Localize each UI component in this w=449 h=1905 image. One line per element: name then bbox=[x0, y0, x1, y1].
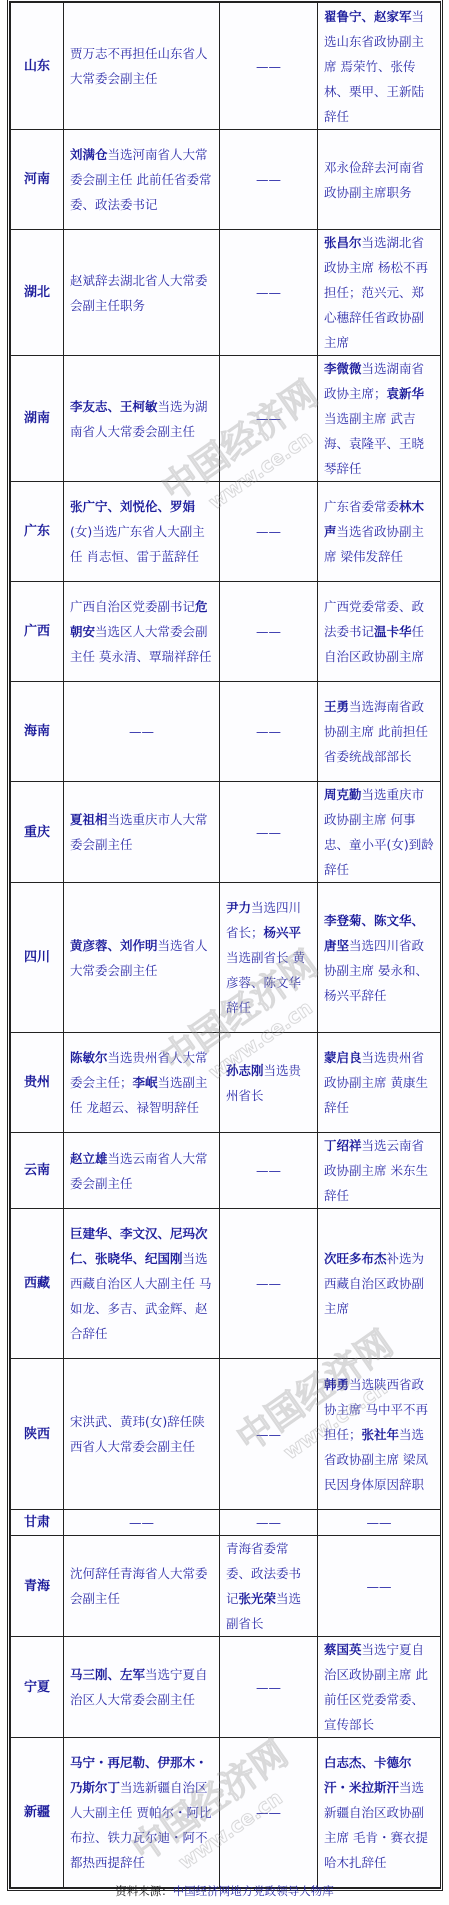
gov-cell: —— bbox=[220, 1738, 318, 1888]
cell-text: —— bbox=[256, 1680, 281, 1695]
person-name: 夏祖相 bbox=[70, 812, 108, 827]
npc-cell: 宋洪武、黄玮(女)辞任陕西省人大常委会副主任 bbox=[64, 1359, 220, 1510]
cppcc-cell: 李微微当选湖南省政协主席；袁新华当选副主席 武吉海、袁隆平、王晓琴辞任 bbox=[318, 356, 441, 482]
gov-cell: —— bbox=[220, 1359, 318, 1510]
table-row: 西藏巨建华、李文汉、尼玛次仁、张晓华、纪国刚当选西藏自治区人大副主任 马如龙、多… bbox=[11, 1209, 441, 1359]
person-name: 李岷 bbox=[133, 1075, 158, 1090]
cell-text: —— bbox=[256, 524, 281, 539]
cell-text: 广东省委常委 bbox=[324, 499, 399, 514]
cppcc-cell: 翟鲁宁、赵家军当选山东省政协副主席 焉荣竹、张传林、栗甲、王新陆辞任 bbox=[318, 3, 441, 130]
person-name: 温卡华 bbox=[374, 624, 412, 639]
table-row: 云南赵立雄当选云南省人大常委会副主任——丁绍祥当选云南省政协副主席 米东生辞任 bbox=[11, 1133, 441, 1209]
npc-cell: 张广宁、刘悦伦、罗娟(女)当选广东省人大副主任 肖志恒、雷于蓝辞任 bbox=[64, 482, 220, 582]
table-row: 青海沈何辞任青海省人大常委会副主任青海省委常委、政法委书记张光荣当选副省长—— bbox=[11, 1536, 441, 1637]
table-body: 山东贾万志不再担任山东省人大常委会副主任——翟鲁宁、赵家军当选山东省政协副主席 … bbox=[11, 3, 441, 1888]
cell-text: —— bbox=[256, 624, 281, 639]
npc-cell: 陈敏尔当选贵州省人大常委会主任；李岷当选副主任 龙超云、禄智明辞任 bbox=[64, 1033, 220, 1133]
table-row: 河南刘满仓当选河南省人大常委会副主任 此前任省委常委、政法委书记——邓永俭辞去河… bbox=[11, 130, 441, 230]
cell-text: —— bbox=[256, 724, 281, 739]
cell-text: —— bbox=[256, 1163, 281, 1178]
cell-text: —— bbox=[256, 59, 281, 74]
person-name: 马三刚、左军 bbox=[70, 1667, 145, 1682]
person-name: 李微微 bbox=[324, 361, 362, 376]
cppcc-cell: 蒙启良当选贵州省政协副主席 黄康生辞任 bbox=[318, 1033, 441, 1133]
cppcc-cell: 王勇当选海南省政协副主席 此前担任省委统战部部长 bbox=[318, 682, 441, 782]
person-name: 丁绍祥 bbox=[324, 1138, 362, 1153]
province-cell: 河南 bbox=[11, 130, 64, 230]
province-cell: 宁夏 bbox=[11, 1637, 64, 1738]
person-name: 孙志刚 bbox=[226, 1063, 264, 1078]
cppcc-cell: 次旺多布杰补选为西藏自治区政协副主席 bbox=[318, 1209, 441, 1359]
person-name: 袁新华 bbox=[387, 386, 425, 401]
npc-cell: 赵立雄当选云南省人大常委会副主任 bbox=[64, 1133, 220, 1209]
cppcc-cell: 张昌尔当选湖北省政协主席 杨松不再担任；范兴元、郑心穗辞任省政协副主席 bbox=[318, 230, 441, 356]
cell-text: —— bbox=[256, 1515, 281, 1530]
gov-cell: —— bbox=[220, 1133, 318, 1209]
cell-text: 当选山东省政协副主席 焉荣竹、张传林、栗甲、王新陆辞任 bbox=[324, 9, 424, 124]
province-cell: 四川 bbox=[11, 883, 64, 1033]
cell-text: —— bbox=[129, 724, 154, 739]
person-name: 尹力 bbox=[226, 900, 251, 915]
person-name: 李友志、王柯敏 bbox=[70, 399, 158, 414]
cell-text: —— bbox=[256, 825, 281, 840]
province-cell: 西藏 bbox=[11, 1209, 64, 1359]
cell-text: 沈何辞任青海省人大常委会副主任 bbox=[70, 1566, 208, 1606]
cppcc-cell: 蔡国英当选宁夏自治区政协副主席 此前任区党委常委、宣传部长 bbox=[318, 1637, 441, 1738]
gov-cell: —— bbox=[220, 682, 318, 782]
province-cell: 贵州 bbox=[11, 1033, 64, 1133]
table-row: 贵州陈敏尔当选贵州省人大常委会主任；李岷当选副主任 龙超云、禄智明辞任孙志刚当选… bbox=[11, 1033, 441, 1133]
gov-cell: —— bbox=[220, 356, 318, 482]
province-cell: 湖北 bbox=[11, 230, 64, 356]
gov-cell: —— bbox=[220, 582, 318, 682]
table-row: 山东贾万志不再担任山东省人大常委会副主任——翟鲁宁、赵家军当选山东省政协副主席 … bbox=[11, 3, 441, 130]
npc-cell: 巨建华、李文汉、尼玛次仁、张晓华、纪国刚当选西藏自治区人大副主任 马如龙、多吉、… bbox=[64, 1209, 220, 1359]
npc-cell: —— bbox=[64, 1510, 220, 1536]
gov-cell: —— bbox=[220, 482, 318, 582]
person-name: 蒙启良 bbox=[324, 1050, 362, 1065]
person-name: 蔡国英 bbox=[324, 1642, 362, 1657]
cell-text: 赵斌辞去湖北省人大常委会副主任职务 bbox=[70, 273, 208, 313]
province-cell: 甘肃 bbox=[11, 1510, 64, 1536]
person-name: 刘满仓 bbox=[70, 147, 108, 162]
cppcc-cell: 广西党委常委、政法委书记温卡华任自治区政协副主席 bbox=[318, 582, 441, 682]
table-row: 四川黄彦蓉、刘作明当选省人大常委会副主任尹力当选四川省长；杨兴平当选副省长 黄彦… bbox=[11, 883, 441, 1033]
province-cell: 广东 bbox=[11, 482, 64, 582]
cppcc-cell: 丁绍祥当选云南省政协副主席 米东生辞任 bbox=[318, 1133, 441, 1209]
source-note: 资料来源：中国经济网地方党政领导人物库 bbox=[0, 1880, 449, 1902]
npc-cell: 广西自治区党委副书记危朝安当选区人大常委会副主任 莫永清、覃瑞祥辞任 bbox=[64, 582, 220, 682]
table-row: 新疆马宁・再尼勒、伊那木・乃斯尔丁当选新疆自治区人大副主任 贾帕尔・阿比布拉、铁… bbox=[11, 1738, 441, 1888]
cell-text: —— bbox=[256, 1805, 281, 1820]
person-name: 周克勤 bbox=[324, 787, 362, 802]
gov-cell: 尹力当选四川省长；杨兴平当选副省长 黄彦蓉、陈文华辞任 bbox=[220, 883, 318, 1033]
table-row: 宁夏马三刚、左军当选宁夏自治区人大常委会副主任——蔡国英当选宁夏自治区政协副主席… bbox=[11, 1637, 441, 1738]
table-row: 陕西宋洪武、黄玮(女)辞任陕西省人大常委会副主任——韩勇当选陕西省政协主席 马中… bbox=[11, 1359, 441, 1510]
cell-text: —— bbox=[256, 1276, 281, 1291]
npc-cell: 黄彦蓉、刘作明当选省人大常委会副主任 bbox=[64, 883, 220, 1033]
person-name: 韩勇 bbox=[324, 1377, 349, 1392]
person-name: 王勇 bbox=[324, 699, 349, 714]
cell-text: 邓永俭辞去河南省政协副主席职务 bbox=[324, 160, 424, 200]
cell-text: 贾万志不再担任山东省人大常委会副主任 bbox=[70, 46, 208, 86]
province-cell: 陕西 bbox=[11, 1359, 64, 1510]
cell-text: 当选副省长 黄彦蓉、陈文华辞任 bbox=[226, 950, 305, 1015]
person-name: 黄彦蓉、刘作明 bbox=[70, 938, 158, 953]
cell-text: —— bbox=[256, 172, 281, 187]
source-link[interactable]: 中国经济网地方党政领导人物库 bbox=[173, 1884, 334, 1898]
cppcc-cell: 韩勇当选陕西省政协主席 马中平不再担任；张社年当选省政协副主席 梁凤民因身体原因… bbox=[318, 1359, 441, 1510]
province-cell: 新疆 bbox=[11, 1738, 64, 1888]
cell-text: (女)当选广东省人大副主任 肖志恒、雷于蓝辞任 bbox=[70, 524, 205, 564]
gov-cell: —— bbox=[220, 230, 318, 356]
npc-cell: 夏祖相当选重庆市人大常委会副主任 bbox=[64, 782, 220, 883]
cppcc-cell: —— bbox=[318, 1510, 441, 1536]
person-name: 陈敏尔 bbox=[70, 1050, 108, 1065]
cell-text: 当选湖北省政协主席 杨松不再担任；范兴元、郑心穗辞任省政协副主席 bbox=[324, 235, 428, 350]
person-name: 翟鲁宁、赵家军 bbox=[324, 9, 412, 24]
gov-cell: 孙志刚当选贵州省长 bbox=[220, 1033, 318, 1133]
cell-text: —— bbox=[256, 411, 281, 426]
table-row: 广东张广宁、刘悦伦、罗娟(女)当选广东省人大副主任 肖志恒、雷于蓝辞任——广东省… bbox=[11, 482, 441, 582]
gov-cell: —— bbox=[220, 130, 318, 230]
cell-text: 宋洪武、黄玮(女)辞任陕西省人大常委会副主任 bbox=[70, 1414, 205, 1454]
province-cell: 湖南 bbox=[11, 356, 64, 482]
cell-text: 广西自治区党委副书记 bbox=[70, 599, 195, 614]
table-row: 海南————王勇当选海南省政协副主席 此前担任省委统战部部长 bbox=[11, 682, 441, 782]
cppcc-cell: 广东省委常委林木声当选省政协副主席 梁伟发辞任 bbox=[318, 482, 441, 582]
cppcc-cell: —— bbox=[318, 1536, 441, 1637]
gov-cell: 青海省委常委、政法委书记张光荣当选副省长 bbox=[220, 1536, 318, 1637]
cell-text: —— bbox=[129, 1515, 154, 1530]
person-name: 张光荣 bbox=[239, 1591, 277, 1606]
cell-text: —— bbox=[367, 1515, 392, 1530]
cppcc-cell: 白志杰、卡德尔汗・米拉斯汗当选新疆自治区政协副主席 毛肯・赛衣提哈木扎辞任 bbox=[318, 1738, 441, 1888]
npc-cell: —— bbox=[64, 682, 220, 782]
province-cell: 山东 bbox=[11, 3, 64, 130]
npc-cell: 马三刚、左军当选宁夏自治区人大常委会副主任 bbox=[64, 1637, 220, 1738]
cppcc-cell: 李登菊、陈文华、唐坚当选四川省政协副主席 晏永和、杨兴平辞任 bbox=[318, 883, 441, 1033]
table-row: 重庆夏祖相当选重庆市人大常委会副主任——周克勤当选重庆市政协副主席 何事忠、童小… bbox=[11, 782, 441, 883]
gov-cell: —— bbox=[220, 782, 318, 883]
leadership-changes-table: 山东贾万志不再担任山东省人大常委会副主任——翟鲁宁、赵家军当选山东省政协副主席 … bbox=[10, 2, 441, 1888]
source-label: 资料来源： bbox=[115, 1884, 173, 1898]
cppcc-cell: 周克勤当选重庆市政协副主席 何事忠、童小平(女)到龄辞任 bbox=[318, 782, 441, 883]
gov-cell: —— bbox=[220, 1510, 318, 1536]
table-row: 湖南李友志、王柯敏当选为湖南省人大常委会副主任——李微微当选湖南省政协主席；袁新… bbox=[11, 356, 441, 482]
cell-text: 当选副主席 武吉海、袁隆平、王晓琴辞任 bbox=[324, 411, 424, 476]
province-cell: 海南 bbox=[11, 682, 64, 782]
province-cell: 云南 bbox=[11, 1133, 64, 1209]
table-row: 甘肃—————— bbox=[11, 1510, 441, 1536]
person-name: 赵立雄 bbox=[70, 1151, 108, 1166]
person-name: 次旺多布杰 bbox=[324, 1251, 387, 1266]
cppcc-cell: 邓永俭辞去河南省政协副主席职务 bbox=[318, 130, 441, 230]
npc-cell: 赵斌辞去湖北省人大常委会副主任职务 bbox=[64, 230, 220, 356]
table-row: 湖北赵斌辞去湖北省人大常委会副主任职务——张昌尔当选湖北省政协主席 杨松不再担任… bbox=[11, 230, 441, 356]
person-name: 张昌尔 bbox=[324, 235, 362, 250]
npc-cell: 刘满仓当选河南省人大常委会副主任 此前任省委常委、政法委书记 bbox=[64, 130, 220, 230]
npc-cell: 李友志、王柯敏当选为湖南省人大常委会副主任 bbox=[64, 356, 220, 482]
npc-cell: 贾万志不再担任山东省人大常委会副主任 bbox=[64, 3, 220, 130]
cell-text: —— bbox=[256, 285, 281, 300]
gov-cell: —— bbox=[220, 3, 318, 130]
table-row: 广西广西自治区党委副书记危朝安当选区人大常委会副主任 莫永清、覃瑞祥辞任——广西… bbox=[11, 582, 441, 682]
person-name: 张广宁、刘悦伦、罗娟 bbox=[70, 499, 195, 514]
gov-cell: —— bbox=[220, 1637, 318, 1738]
province-cell: 重庆 bbox=[11, 782, 64, 883]
npc-cell: 沈何辞任青海省人大常委会副主任 bbox=[64, 1536, 220, 1637]
leadership-changes-table-container: 山东贾万志不再担任山东省人大常委会副主任——翟鲁宁、赵家军当选山东省政协副主席 … bbox=[7, 0, 443, 1891]
cell-text: 当选省政协副主席 梁伟发辞任 bbox=[324, 524, 424, 564]
npc-cell: 马宁・再尼勒、伊那木・乃斯尔丁当选新疆自治区人大副主任 贾帕尔・阿比布拉、铁力瓦… bbox=[64, 1738, 220, 1888]
person-name: 杨兴平 bbox=[264, 925, 302, 940]
cell-text: —— bbox=[367, 1579, 392, 1594]
cell-text: —— bbox=[256, 1427, 281, 1442]
province-cell: 广西 bbox=[11, 582, 64, 682]
gov-cell: —— bbox=[220, 1209, 318, 1359]
person-name: 张社年 bbox=[362, 1427, 400, 1442]
province-cell: 青海 bbox=[11, 1536, 64, 1637]
